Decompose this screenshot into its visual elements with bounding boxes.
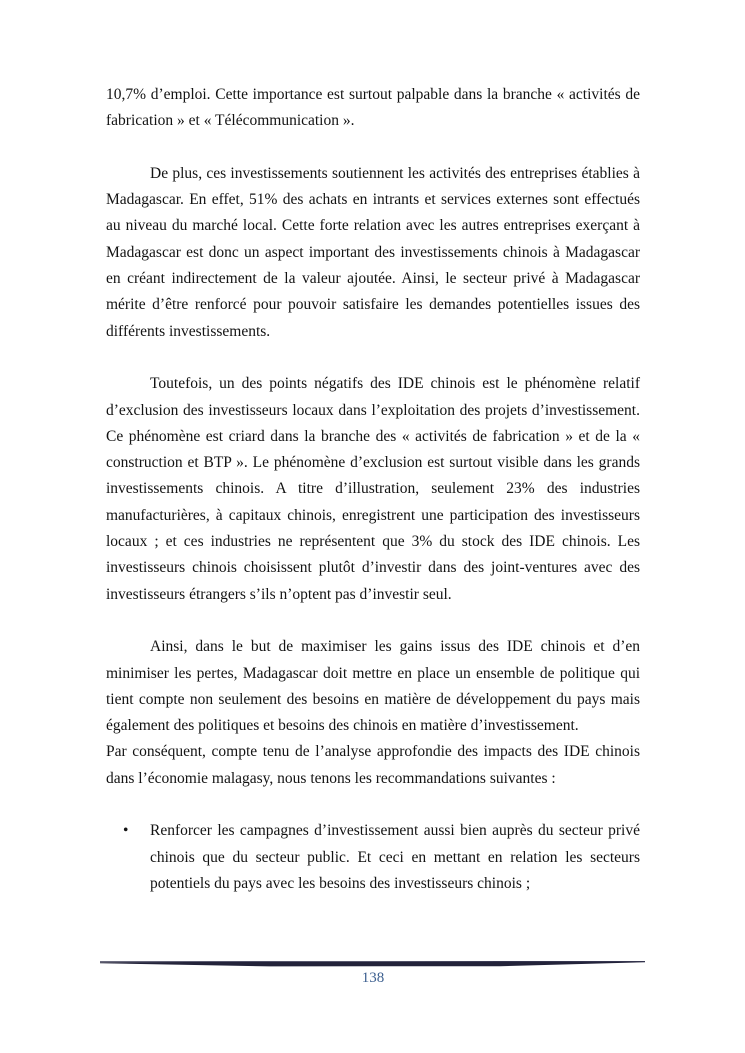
paragraph: 10,7% d’emploi. Cette importance est sur… xyxy=(106,82,640,135)
page-body-text: 10,7% d’emploi. Cette importance est sur… xyxy=(106,82,640,897)
bullet-icon: • xyxy=(123,818,128,844)
paragraph: Toutefois, un des points négatifs des ID… xyxy=(106,371,640,608)
document-page: 10,7% d’emploi. Cette importance est sur… xyxy=(0,0,745,1053)
footer-divider-line xyxy=(100,960,645,969)
list-item: • Renforcer les campagnes d’investisseme… xyxy=(106,818,640,897)
paragraph: Ainsi, dans le but de maximiser les gain… xyxy=(106,634,640,739)
page-number: 138 xyxy=(106,970,640,987)
paragraph: Par conséquent, compte tenu de l’analyse… xyxy=(106,739,640,792)
recommendations-list: • Renforcer les campagnes d’investisseme… xyxy=(106,818,640,897)
paragraph: De plus, ces investissements soutiennent… xyxy=(106,161,640,345)
list-item-text: Renforcer les campagnes d’investissement… xyxy=(150,822,640,892)
